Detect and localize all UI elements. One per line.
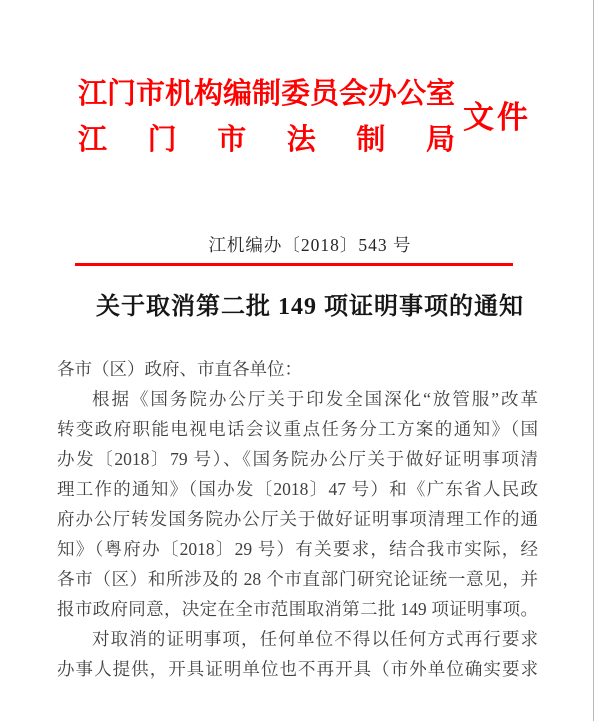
- page-right-edge: [593, 0, 594, 721]
- letterhead-org-line2: 江门市法制局: [78, 124, 455, 156]
- document-page: 江门市机构编制委员会办公室 江门市法制局 文件 江机编办〔2018〕543 号 …: [0, 0, 595, 721]
- body-line: 理工作的通知》（国办发〔2018〕47 号）和《广东省人民政: [57, 474, 538, 504]
- document-number: 江机编办〔2018〕543 号: [57, 233, 563, 258]
- body-line: 知》（粤府办〔2018〕29 号）有关要求，结合我市实际，经: [57, 534, 538, 564]
- body-line: 府办公厅转发国务院办公厅关于做好证明事项清理工作的通: [57, 504, 538, 534]
- body-line: 各市（区）和所涉及的 28 个市直部门研究论证统一意见，并: [57, 564, 538, 594]
- body-line: 报市政府同意，决定在全市范围取消第二批 149 项证明事项。: [57, 594, 538, 624]
- document-body: 各市（区）政府、市直各单位： 根据《国务院办公厅关于印发全国深化“放管服”改革 …: [57, 354, 538, 684]
- body-line: 根据《国务院办公厅关于印发全国深化“放管服”改革: [57, 384, 538, 414]
- salutation-line: 各市（区）政府、市直各单位：: [57, 354, 538, 384]
- letterhead-doc-label: 文件: [463, 101, 531, 135]
- body-line: 办发〔2018〕79 号）、《国务院办公厅关于做好证明事项清: [57, 444, 538, 474]
- body-line: 转变政府职能电视电话会议重点任务分工方案的通知》（国: [57, 414, 538, 444]
- red-separator-line: [75, 263, 513, 266]
- body-line: 办事人提供，开具证明单位也不再开具（市外单位确实要求: [57, 654, 538, 684]
- body-line: 对取消的证明事项，任何单位不得以任何方式再行要求: [57, 624, 538, 654]
- document-title: 关于取消第二批 149 项证明事项的通知: [57, 292, 563, 322]
- letterhead-org-line1: 江门市机构编制委员会办公室: [78, 79, 455, 109]
